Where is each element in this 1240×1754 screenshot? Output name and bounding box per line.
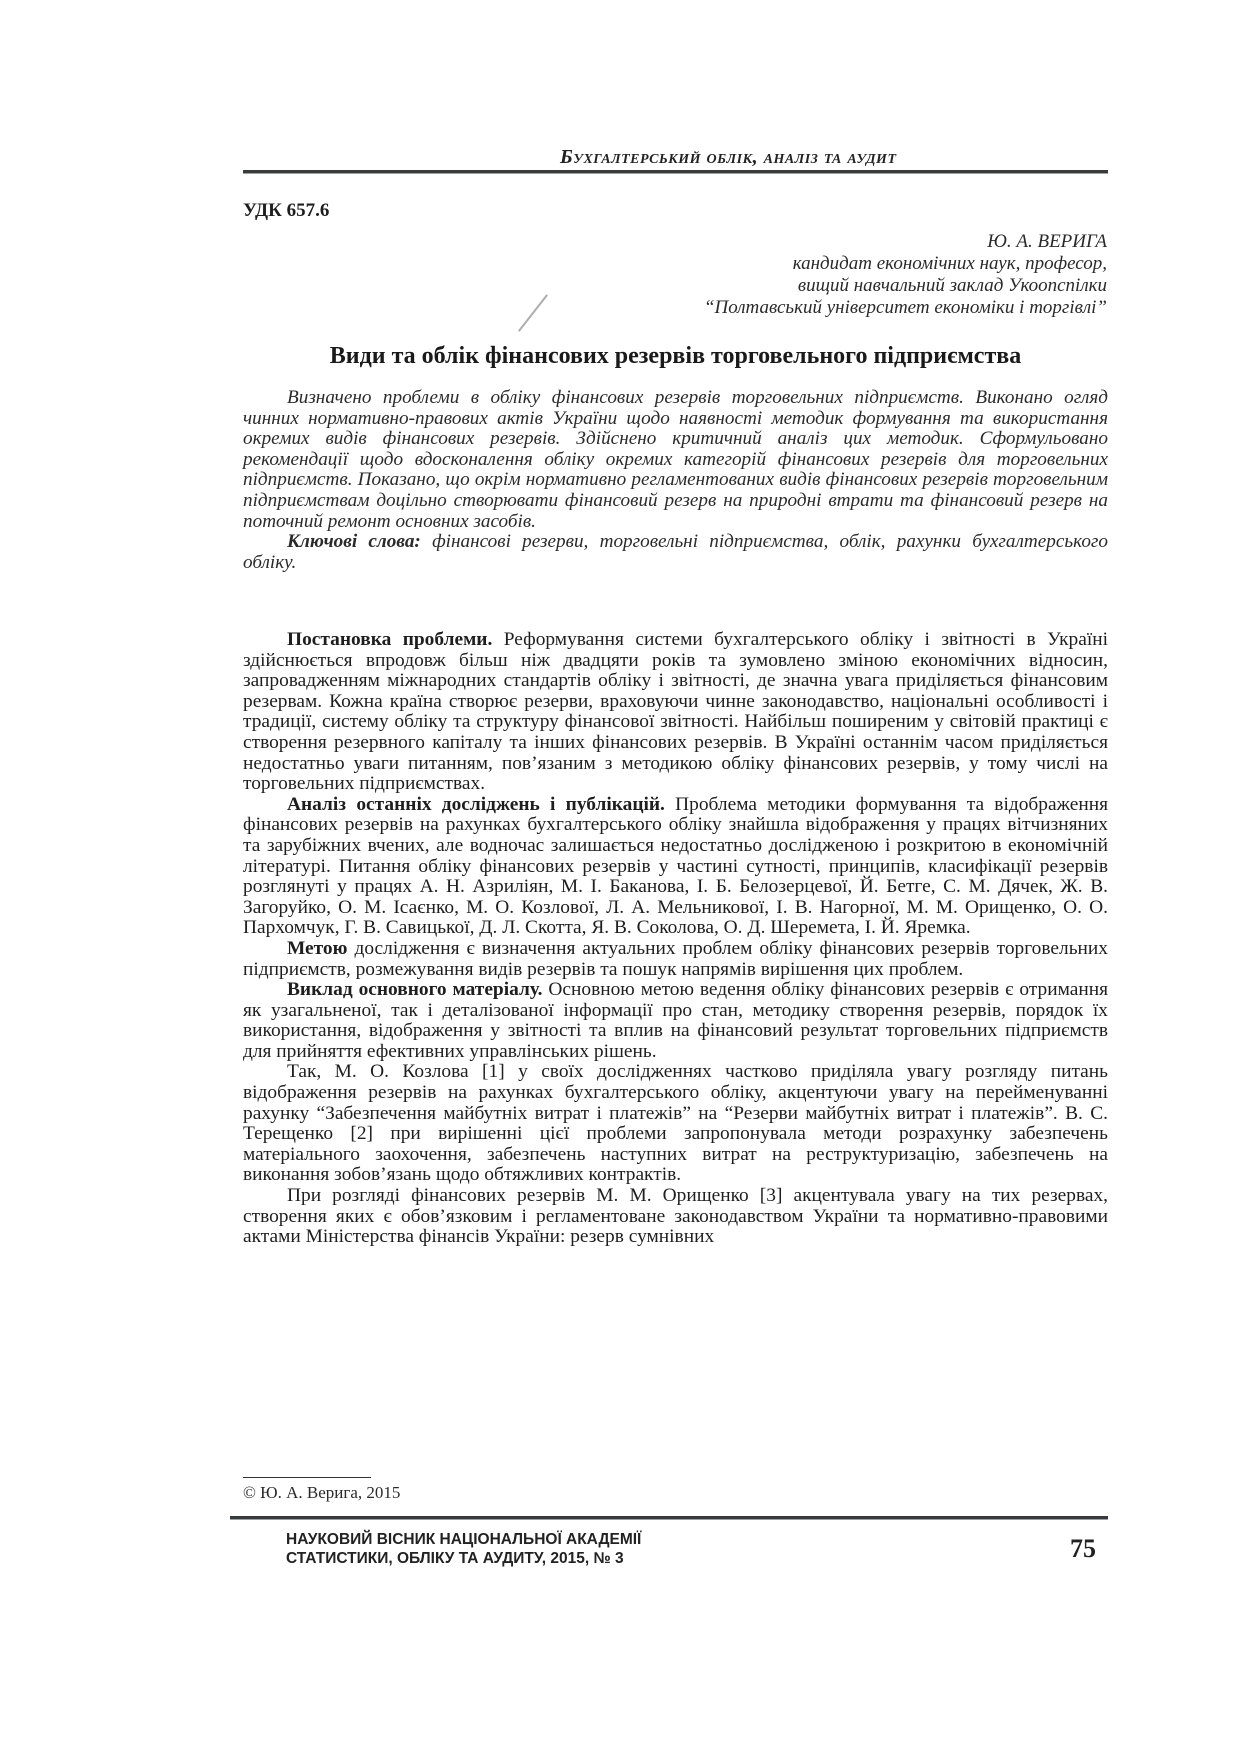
journal-page: Бухгалтерський облік, аналіз та аудит УД… xyxy=(0,0,1240,1754)
paragraph-text: Реформування системи бухгалтерського обл… xyxy=(243,629,1108,794)
journal-line2: СТАТИСТИКИ, ОБЛІКУ ТА АУДИТУ, 2015, № 3 xyxy=(286,1549,641,1568)
section-lead: Виклад основного матеріалу. xyxy=(287,979,542,1000)
paragraph-main-material: Виклад основного матеріалу. Основною мет… xyxy=(243,980,1108,1062)
paragraph-problem-statement: Постановка проблеми. Реформування систем… xyxy=(243,630,1108,795)
section-lead: Постановка проблеми. xyxy=(287,629,492,650)
paragraph-goal: Метою дослідження є визначення актуальни… xyxy=(243,939,1108,980)
udk-code: УДК 657.6 xyxy=(243,200,329,222)
page-number: 75 xyxy=(1070,1534,1096,1564)
abstract: Визначено проблеми в обліку фінансових р… xyxy=(243,388,1108,573)
paragraph-oryshchenko: При розгляді фінансових резервів М. М. О… xyxy=(243,1186,1108,1248)
section-lead: Метою xyxy=(287,938,347,959)
paragraph-literature-review: Аналіз останніх досліджень і публікацій.… xyxy=(243,795,1108,939)
keywords-label: Ключові слова: xyxy=(287,531,421,552)
copyright-note: © Ю. А. Верига, 2015 xyxy=(243,1483,400,1503)
paragraph-text: При розгляді фінансових резервів М. М. О… xyxy=(243,1185,1108,1247)
footnote-rule xyxy=(243,1477,371,1478)
paragraph-kozlova: Так, М. О. Козлова [1] у своїх досліджен… xyxy=(243,1062,1108,1186)
author-block: Ю. А. ВЕРИГА кандидат економічних наук, … xyxy=(704,231,1107,319)
author-institution-line2: “Полтавський університет економіки і тор… xyxy=(704,297,1107,319)
paragraph-text: дослідження є визначення актуальних проб… xyxy=(243,938,1108,980)
header-rule xyxy=(243,170,1108,174)
journal-name: НАУКОВИЙ ВІСНИК НАЦІОНАЛЬНОЇ АКАДЕМІЇ СТ… xyxy=(286,1530,641,1568)
journal-line1: НАУКОВИЙ ВІСНИК НАЦІОНАЛЬНОЇ АКАДЕМІЇ xyxy=(286,1530,641,1549)
author-degree: кандидат економічних наук, професор, xyxy=(704,253,1107,275)
section-lead: Аналіз останніх досліджень і публікацій. xyxy=(287,794,665,815)
running-head: Бухгалтерський облік, аналіз та аудит xyxy=(560,146,1060,169)
paragraph-text: Проблема методики формування та відображ… xyxy=(243,794,1108,939)
article-body: Постановка проблеми. Реформування систем… xyxy=(243,630,1108,1248)
footer-rule xyxy=(230,1516,1108,1520)
keywords: Ключові слова: фінансові резерви, торгов… xyxy=(243,532,1108,573)
article-title: Види та облік фінансових резервів торгов… xyxy=(243,343,1108,370)
pen-mark xyxy=(518,294,548,331)
author-name: Ю. А. ВЕРИГА xyxy=(704,231,1107,253)
author-institution-line1: вищий навчальний заклад Укоопспілки xyxy=(704,275,1107,297)
abstract-text: Визначено проблеми в обліку фінансових р… xyxy=(243,388,1108,532)
paragraph-text: Так, М. О. Козлова [1] у своїх досліджен… xyxy=(243,1061,1108,1185)
